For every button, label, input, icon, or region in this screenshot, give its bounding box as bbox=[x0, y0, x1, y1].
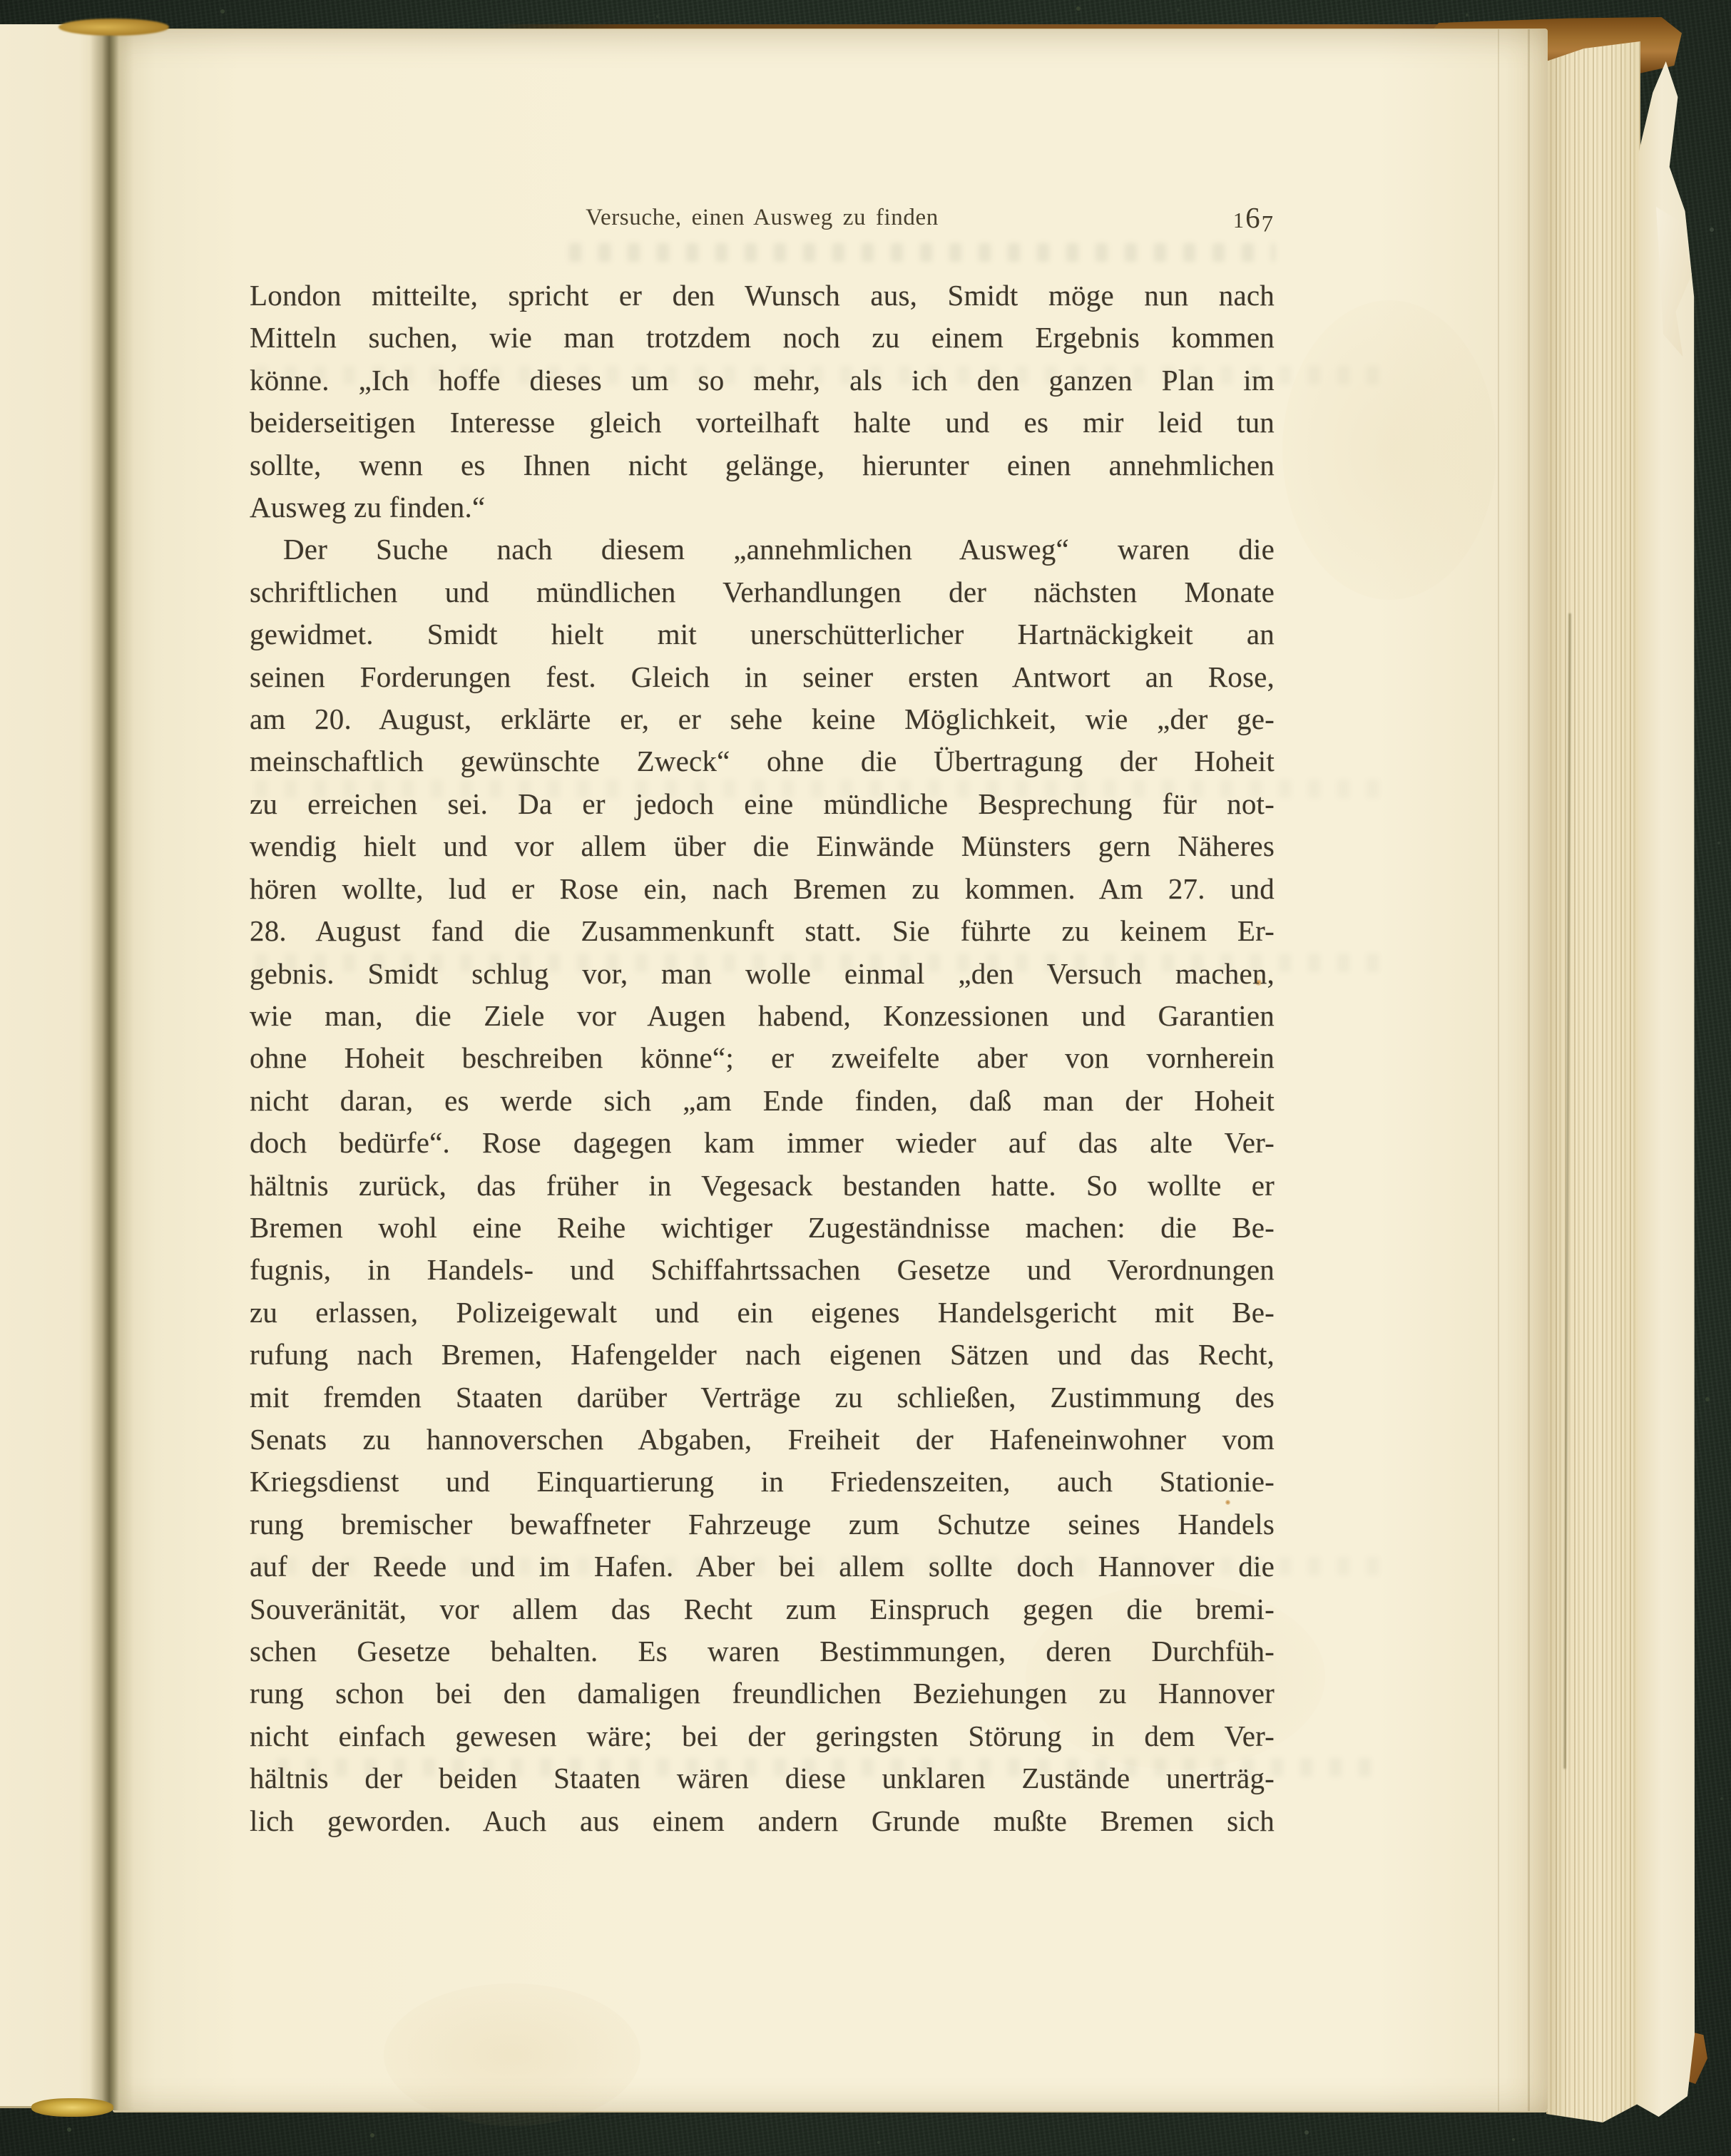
text-line: Senats zu hannoverschen Abgaben, Freihei… bbox=[250, 1419, 1275, 1461]
text-line: hören wollte, lud er Rose ein, nach Brem… bbox=[250, 868, 1275, 910]
running-header: Versuche, einen Ausweg zu finden bbox=[250, 205, 1275, 231]
text-line: zu erlassen, Polizeigewalt und ein eigen… bbox=[250, 1292, 1275, 1334]
text-line: Kriegsdienst und Einquartierung in Fried… bbox=[250, 1461, 1275, 1503]
page-fold-line bbox=[1498, 29, 1499, 2111]
text-line: am 20. August, erklärte er, er sehe kein… bbox=[250, 698, 1275, 740]
text-line: Bremen wohl eine Reihe wichtiger Zugestä… bbox=[250, 1207, 1275, 1249]
text-line: Ausweg zu finden.“ bbox=[250, 486, 1275, 528]
text-line: könne. „Ich hoffe dieses um so mehr, als… bbox=[250, 359, 1275, 402]
page-number: 167 bbox=[1233, 200, 1275, 235]
text-line: ohne Hoheit beschreiben könne“; er zweif… bbox=[250, 1037, 1275, 1079]
text-line: auf der Reede und im Hafen. Aber bei all… bbox=[250, 1546, 1275, 1588]
text-line: meinschaftlich gewünschte Zweck“ ohne di… bbox=[250, 740, 1275, 782]
text-line: zu erreichen sei. Da er jedoch eine münd… bbox=[250, 783, 1275, 825]
text-line: doch bedürfe“. Rose dagegen kam immer wi… bbox=[250, 1122, 1275, 1164]
text-line: beiderseitigen Interesse gleich vorteilh… bbox=[250, 402, 1275, 444]
text-line: nicht daran, es werde sich „am Ende find… bbox=[250, 1080, 1275, 1122]
text-line: nicht einfach gewesen wäre; bei der geri… bbox=[250, 1715, 1275, 1757]
page-fold-line bbox=[1528, 29, 1530, 2111]
text-line: rung bremischer bewaffneter Fahrzeuge zu… bbox=[250, 1503, 1275, 1546]
page-stack-edges bbox=[1546, 41, 1640, 2122]
text-line: Der Suche nach diesem „annehmlichen Ausw… bbox=[250, 528, 1275, 571]
text-line: wie man, die Ziele vor Augen habend, Kon… bbox=[250, 995, 1275, 1037]
text-line: rung schon bei den damaligen freundliche… bbox=[250, 1672, 1275, 1715]
text-line: rufung nach Bremen, Hafengelder nach eig… bbox=[250, 1334, 1275, 1376]
gilt-edge-bottom bbox=[31, 2098, 113, 2117]
gilt-edge-top bbox=[58, 19, 169, 36]
book-page: Versuche, einen Ausweg zu finden 167 Lon… bbox=[113, 29, 1548, 2112]
felt-specks bbox=[0, 0, 3, 3]
text-line: gewidmet. Smidt hielt mit unerschütterli… bbox=[250, 613, 1275, 655]
text-line: schriftlichen und mündlichen Verhandlung… bbox=[250, 571, 1275, 613]
text-block: Versuche, einen Ausweg zu finden 167 Lon… bbox=[250, 205, 1275, 1842]
body-text: London mitteilte, spricht er den Wunsch … bbox=[250, 275, 1275, 1842]
page-header: Versuche, einen Ausweg zu finden 167 bbox=[250, 205, 1275, 236]
paper-stain bbox=[1282, 300, 1496, 600]
text-line: mit fremden Staaten darüber Verträge zu … bbox=[250, 1376, 1275, 1419]
book-scan-photo: { "header": { "running_title": "Versuche… bbox=[0, 0, 1731, 2156]
text-line: Mitteln suchen, wie man trotzdem noch zu… bbox=[250, 317, 1275, 359]
text-line: fugnis, in Handels- und Schiffahrtssache… bbox=[250, 1249, 1275, 1291]
text-line: lich geworden. Auch aus einem andern Gru… bbox=[250, 1800, 1275, 1842]
text-line: seinen Forderungen fest. Gleich in seine… bbox=[250, 656, 1275, 698]
paper-stain bbox=[384, 1983, 640, 2126]
text-line: hältnis der beiden Staaten wären diese u… bbox=[250, 1757, 1275, 1799]
text-line: sollte, wenn es Ihnen nicht gelänge, hie… bbox=[250, 444, 1275, 486]
text-line: schen Gesetze behalten. Es waren Bestimm… bbox=[250, 1630, 1275, 1672]
torn-page-edge bbox=[1635, 61, 1695, 2117]
text-line: wendig hielt und vor allem über die Einw… bbox=[250, 825, 1275, 867]
gutter-shadow bbox=[90, 24, 134, 2110]
text-line: 28. August fand die Zusammenkunft statt.… bbox=[250, 910, 1275, 952]
text-line: hältnis zurück, das früher in Vegesack b… bbox=[250, 1165, 1275, 1207]
text-line: gebnis. Smidt schlug vor, man wolle einm… bbox=[250, 953, 1275, 995]
text-line: London mitteilte, spricht er den Wunsch … bbox=[250, 275, 1275, 317]
text-line: Souveränität, vor allem das Recht zum Ei… bbox=[250, 1588, 1275, 1630]
